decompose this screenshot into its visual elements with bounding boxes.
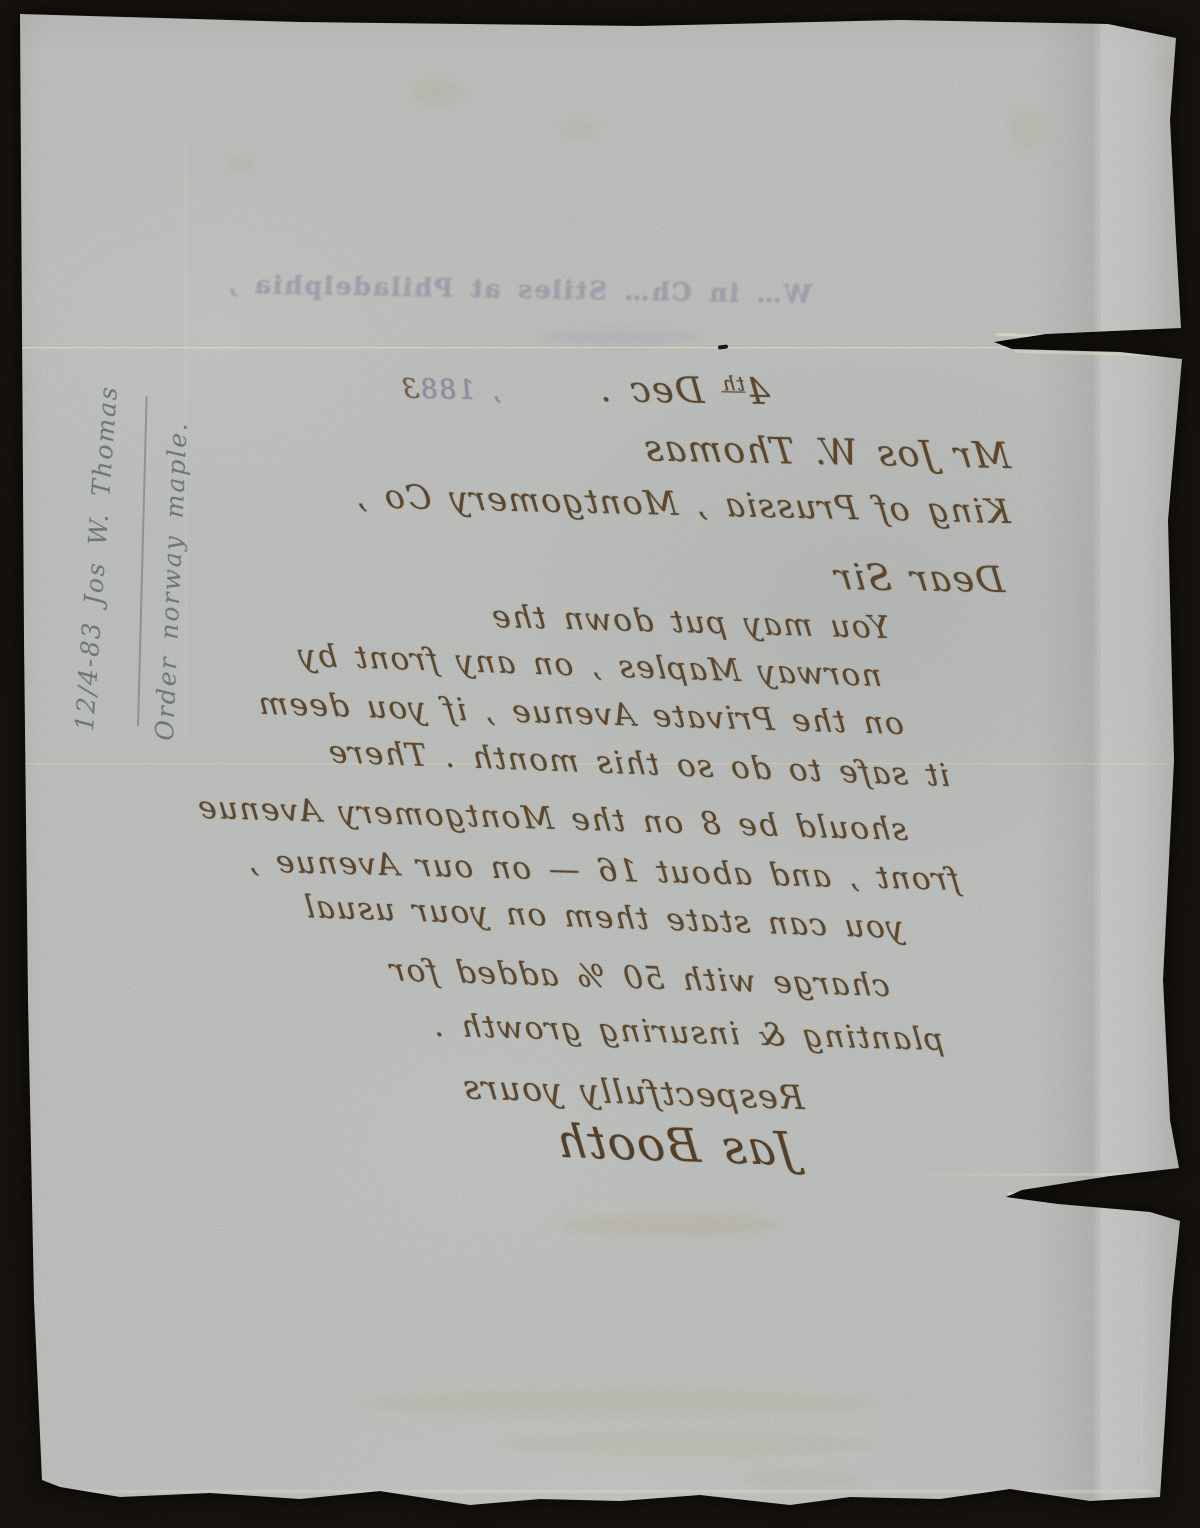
signature: Jas Booth <box>552 1114 797 1177</box>
date-year-digit: 3 <box>399 374 420 405</box>
date-month: Dec . <box>596 369 723 412</box>
body-line: norway Maples , on any front by <box>295 638 883 695</box>
letter-paper: W… in Ch… Stiles at Philadelphia , 4th D… <box>0 0 1200 1528</box>
mirrored-ink-bleed-layer: W… in Ch… Stiles at Philadelphia , 4th D… <box>0 0 1200 1528</box>
closing: Respectfully yours <box>460 1067 805 1117</box>
recipient-name: Mr Jos W. Thomas <box>641 428 1012 477</box>
body-line: on the Private Avenue , if you deem <box>255 686 905 742</box>
body-line: planting & insuring growth . <box>430 1008 945 1058</box>
recipient-address: King of Prussia , Montgomery Co , <box>352 476 1012 531</box>
date-day: 4 <box>744 372 772 413</box>
paper-wrapper: W… in Ch… Stiles at Philadelphia , 4th D… <box>0 0 1200 1528</box>
letterhead-imprint: W… in Ch… Stiles at Philadelphia , <box>226 270 812 309</box>
date-year-printed: , 188 <box>418 374 502 406</box>
body-line: You may put down the <box>489 599 892 646</box>
date-line: 4th Dec . , 1883 <box>398 366 771 414</box>
date-suffix: th <box>720 372 746 395</box>
ink-fleck <box>1164 350 1178 355</box>
body-line: it safe to do so this month . There <box>326 734 951 794</box>
body-line: charge with 50 % added for <box>387 952 891 1004</box>
body-line: should be 8 on the Montgomery Avenue <box>195 790 909 848</box>
scanned-letter-page: W… in Ch… Stiles at Philadelphia , 4th D… <box>0 0 1200 1528</box>
body-line: you can state them on your usual <box>302 889 906 946</box>
salutation: Dear Sir <box>831 557 1006 601</box>
